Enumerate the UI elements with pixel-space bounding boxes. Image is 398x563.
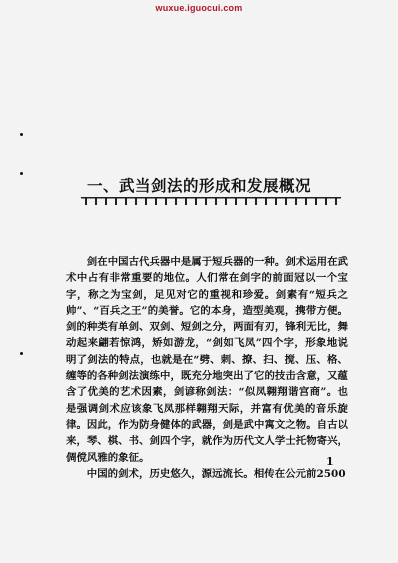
watermark-url: wuxue.iguocui.com [0, 3, 398, 13]
binding-hole-dot [20, 352, 23, 355]
paragraph: 中国的剑术，历史悠久，源远流长。相传在公元前2500 [66, 466, 348, 482]
decorative-divider [81, 197, 341, 205]
chapter-title: 一、武当剑法的形成和发展概况 [0, 174, 398, 196]
binding-hole-dot [20, 133, 23, 136]
paragraph: 剑在中国古代兵器中是属于短兵器的一种。剑术运用在武术中占有非常重要的地位。人们常… [66, 254, 348, 466]
body-text: 剑在中国古代兵器中是属于短兵器的一种。剑术运用在武术中占有非常重要的地位。人们常… [66, 254, 348, 482]
page-number: 1 [326, 455, 334, 468]
